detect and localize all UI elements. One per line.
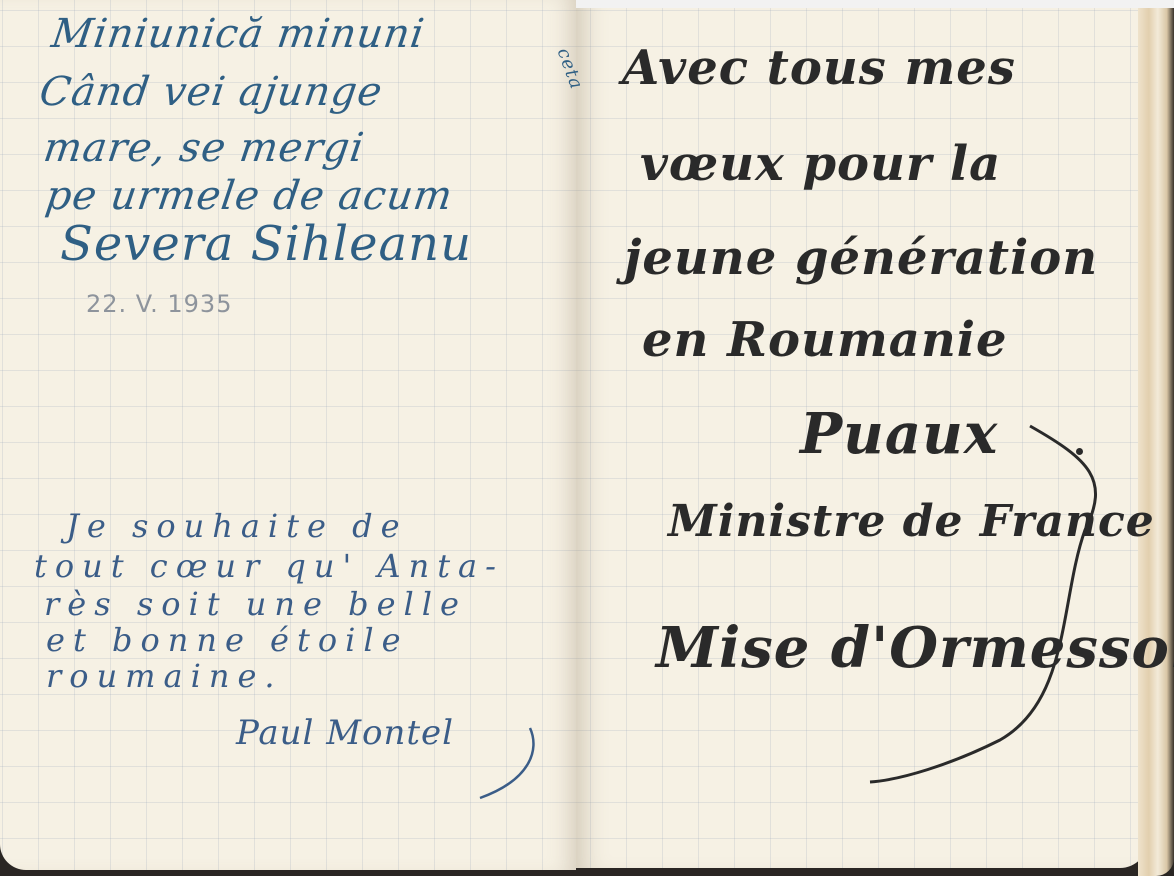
date-pencil: 22. V. 1935	[86, 292, 232, 316]
dedication-line: Avec tous mes	[622, 44, 1016, 92]
verse-line: Când vei ajunge	[37, 72, 385, 112]
note-line: et bonne étoile	[46, 624, 409, 656]
dedication-line: jeune génération	[624, 234, 1098, 282]
verse-line: pe urmele de acum	[43, 176, 455, 216]
dedication-line: vœux pour la	[640, 140, 1001, 188]
note-line: Je souhaite de	[66, 510, 408, 542]
signature-severa: Severa Sihleanu	[60, 220, 472, 268]
signature-puaux: Puaux	[800, 406, 998, 462]
signature-flourish-icon	[470, 720, 550, 810]
verse-line: Miniunică minuni	[49, 14, 427, 54]
scan-border	[576, 0, 1174, 8]
note-line: rès soit une belle	[44, 588, 467, 620]
title-ministre: Ministre de France	[668, 500, 1155, 544]
signature-ormesson: Mise d'Ormesson	[656, 620, 1174, 676]
signature-paul-montel: Paul Montel	[236, 716, 454, 750]
verse-line: mare, se mergi	[41, 128, 367, 168]
note-line: tout cœur qu' Anta-	[34, 550, 504, 582]
dedication-line: en Roumanie	[642, 316, 1008, 364]
note-line: roumaine.	[46, 660, 283, 692]
ink-dot	[1076, 448, 1083, 455]
page-edges	[1138, 8, 1174, 876]
notebook-spread: Miniunică minuni Când vei ajunge mare, s…	[0, 0, 1174, 876]
